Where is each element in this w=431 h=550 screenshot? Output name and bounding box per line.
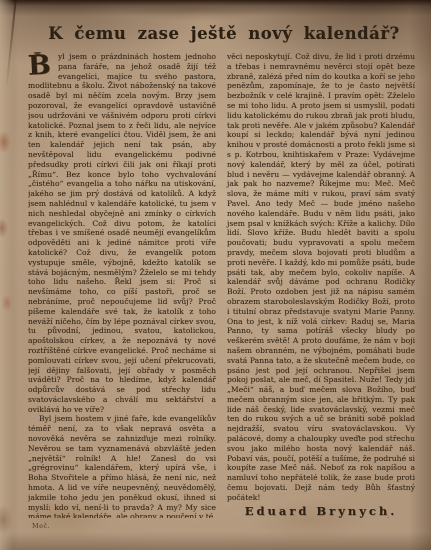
paragraph-text: Byl jsem hostem v jiné faře, kde evangel…: [28, 414, 216, 518]
article-page: K čemu zase ještě nový kalendář? ❧ ✾ B y…: [22, 14, 418, 538]
worn-page-edge: [0, 0, 17, 550]
journal-name-footnote: Meč.: [32, 522, 50, 530]
text-columns: ❧ ✾ B yl jsem o prázdninách hostem jedno…: [28, 52, 418, 518]
scanned-page-photo: K čemu zase ještě nový kalendář? ❧ ✾ B y…: [0, 0, 431, 550]
left-column: ❧ ✾ B yl jsem o prázdninách hostem jedno…: [28, 52, 216, 518]
paragraph-text: yl jsem o prázdninách hostem jednoho pan…: [28, 52, 216, 414]
paragraph-text: věci neposkytují. Což divu, že lid i pro…: [227, 52, 415, 502]
author-signature: Eduard Brynych.: [227, 507, 415, 517]
paragraph: ❧ ✾ B yl jsem o prázdninách hostem jedno…: [28, 52, 216, 414]
paragraph: Byl jsem hostem v jiné faře, kde evangel…: [28, 414, 216, 518]
right-column: věci neposkytují. Což divu, že lid i pro…: [227, 52, 415, 518]
drop-cap-letter: ❧ ✾ B: [28, 52, 56, 80]
article-title: K čemu zase ještě nový kalendář?: [30, 24, 418, 43]
paragraph: věci neposkytují. Což divu, že lid i pro…: [227, 52, 415, 503]
